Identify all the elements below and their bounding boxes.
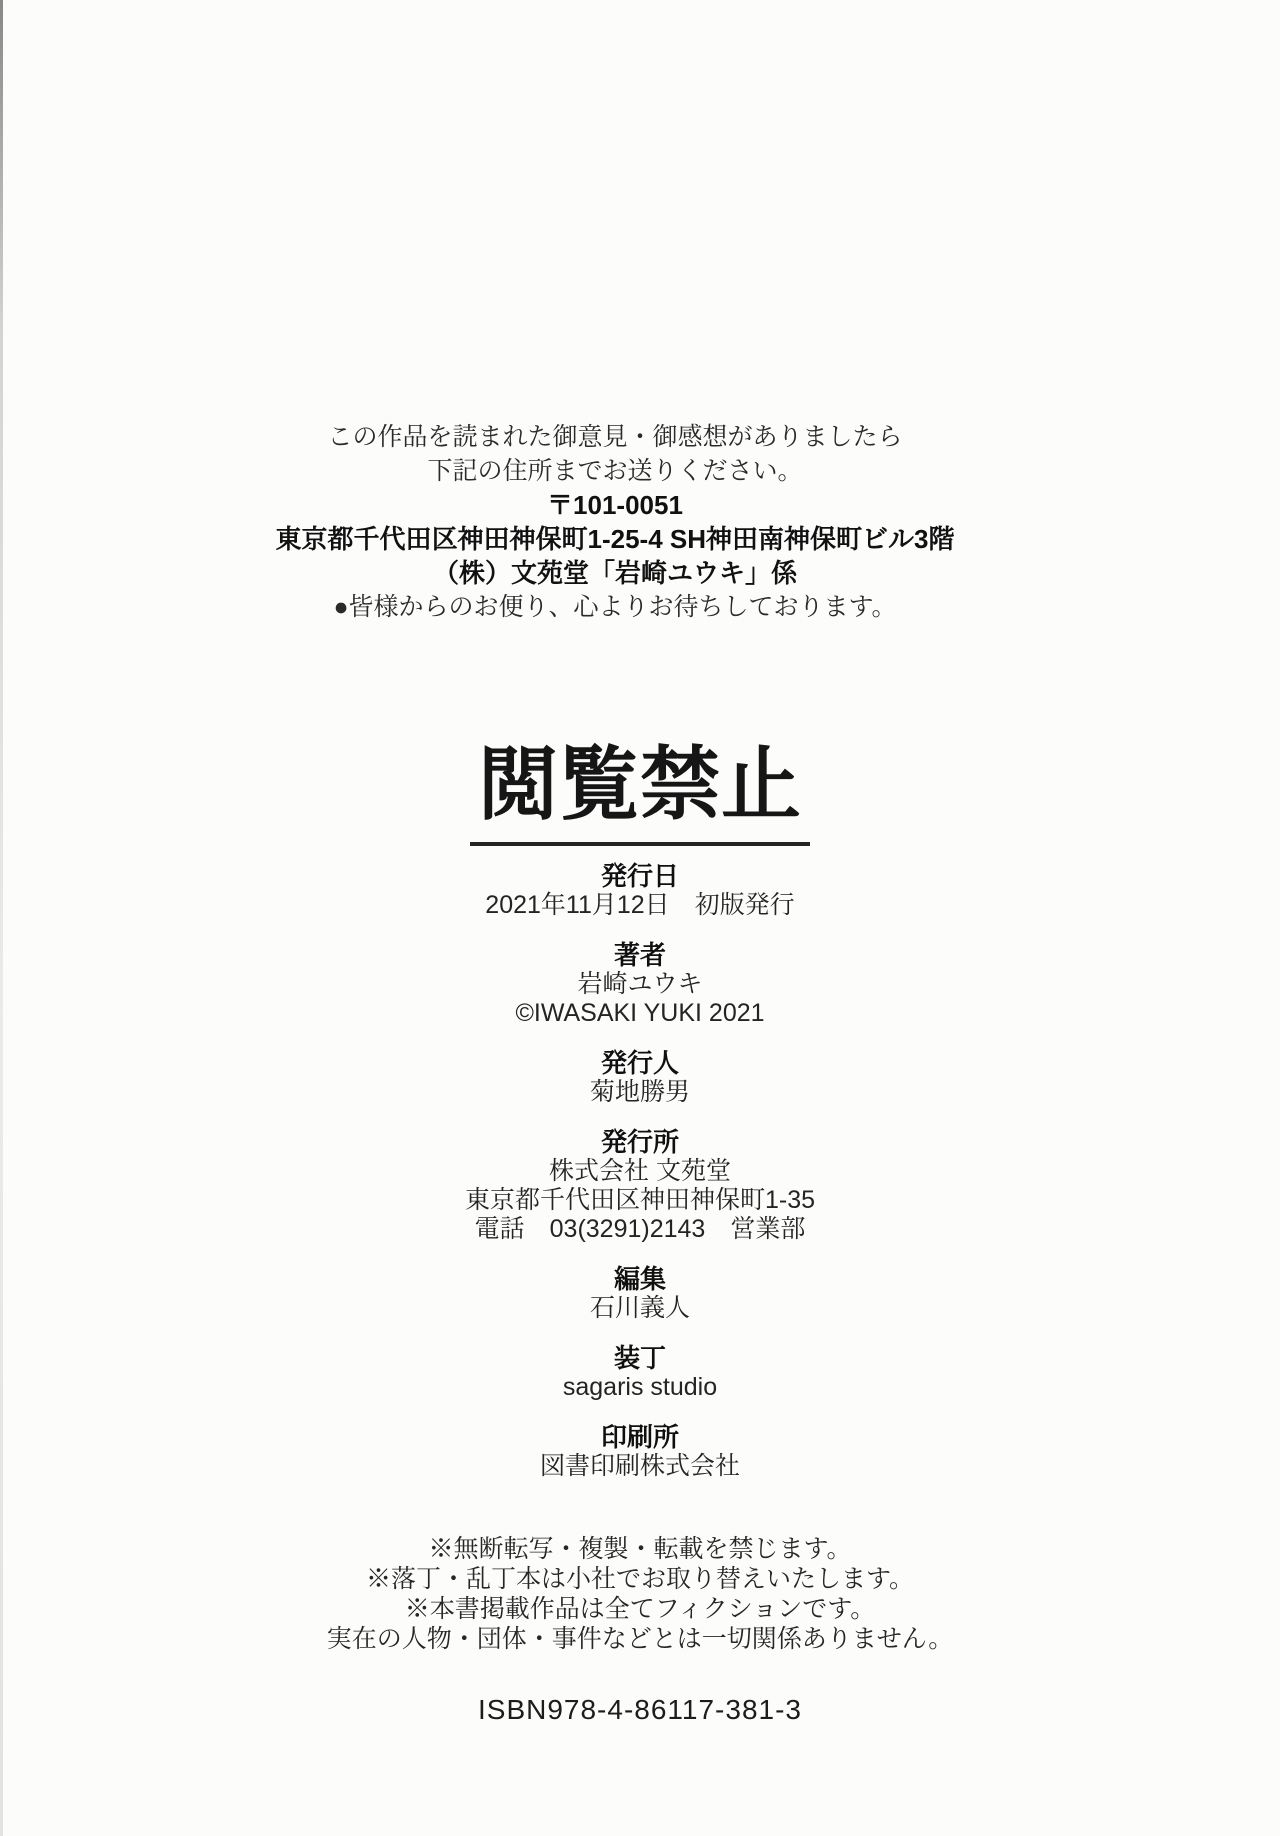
notice-line: ※落丁・乱丁本は小社でお取り替えいたします。 (0, 1564, 1280, 1594)
notice-line: ※無断転写・複製・転載を禁じます。 (0, 1534, 1280, 1564)
postal-code: 〒101-0051 (0, 488, 1255, 522)
book-title: 閲覧禁止 (470, 736, 810, 846)
section-publisher-person: 発行人 菊地勝男 (0, 1049, 1280, 1107)
section-design: 装丁 sagaris studio (0, 1344, 1280, 1402)
section-heading: 編集 (0, 1265, 1280, 1294)
colophon-page: この作品を読まれた御意見・御感想がありましたら 下記の住所までお送りください。 … (0, 0, 1280, 1836)
publisher-company-address: 東京都千代田区神田神保町1-35 (0, 1186, 1280, 1215)
section-heading: 発行日 (0, 862, 1280, 891)
section-heading: 著者 (0, 941, 1280, 970)
section-publication-date: 発行日 2021年11月12日 初版発行 (0, 862, 1280, 920)
notice-line: ※本書掲載作品は全てフィクションです。 (0, 1594, 1280, 1624)
section-heading: 発行所 (0, 1128, 1280, 1157)
colophon-details: 発行日 2021年11月12日 初版発行 著者 岩崎ユウキ ©IWASAKI Y… (0, 862, 1280, 1481)
copyright-line: ©IWASAKI YUKI 2021 (0, 999, 1280, 1028)
section-editor: 編集 石川義人 (0, 1265, 1280, 1323)
publication-date: 2021年11月12日 初版発行 (0, 891, 1280, 920)
publisher-company-phone: 電話 03(3291)2143 営業部 (0, 1215, 1280, 1244)
section-author: 著者 岩崎ユウキ ©IWASAKI YUKI 2021 (0, 941, 1280, 1028)
book-title-wrap: 閲覧禁止 (0, 736, 1280, 846)
publisher-company-name: 株式会社 文苑堂 (0, 1157, 1280, 1186)
design-studio-name: sagaris studio (0, 1373, 1280, 1402)
reader-feedback-block: この作品を読まれた御意見・御感想がありましたら 下記の住所までお送りください。 … (0, 420, 1255, 624)
printer-company-name: 図書印刷株式会社 (0, 1452, 1280, 1481)
feedback-note-line: この作品を読まれた御意見・御感想がありましたら (0, 420, 1255, 454)
legal-notices-block: ※無断転写・複製・転載を禁じます。 ※落丁・乱丁本は小社でお取り替えいたします。… (0, 1534, 1280, 1654)
section-heading: 印刷所 (0, 1423, 1280, 1452)
notice-line: 実在の人物・団体・事件などとは一切関係ありません。 (0, 1624, 1280, 1654)
feedback-address: 東京都千代田区神田神保町1-25-4 SH神田南神保町ビル3階 (0, 522, 1255, 556)
editor-name: 石川義人 (0, 1294, 1280, 1323)
publisher-person-name: 菊地勝男 (0, 1078, 1280, 1107)
section-printer: 印刷所 図書印刷株式会社 (0, 1423, 1280, 1481)
author-name: 岩崎ユウキ (0, 970, 1280, 999)
isbn: ISBN978-4-86117-381-3 (0, 1694, 1280, 1726)
feedback-note-line: 下記の住所までお送りください。 (0, 454, 1255, 488)
feedback-closing-line: ●皆様からのお便り、心よりお待ちしております。 (0, 590, 1255, 624)
section-heading: 装丁 (0, 1344, 1280, 1373)
section-publisher-company: 発行所 株式会社 文苑堂 東京都千代田区神田神保町1-35 電話 03(3291… (0, 1128, 1280, 1244)
feedback-recipient: （株）文苑堂「岩崎ユウキ」係 (0, 556, 1255, 590)
section-heading: 発行人 (0, 1049, 1280, 1078)
